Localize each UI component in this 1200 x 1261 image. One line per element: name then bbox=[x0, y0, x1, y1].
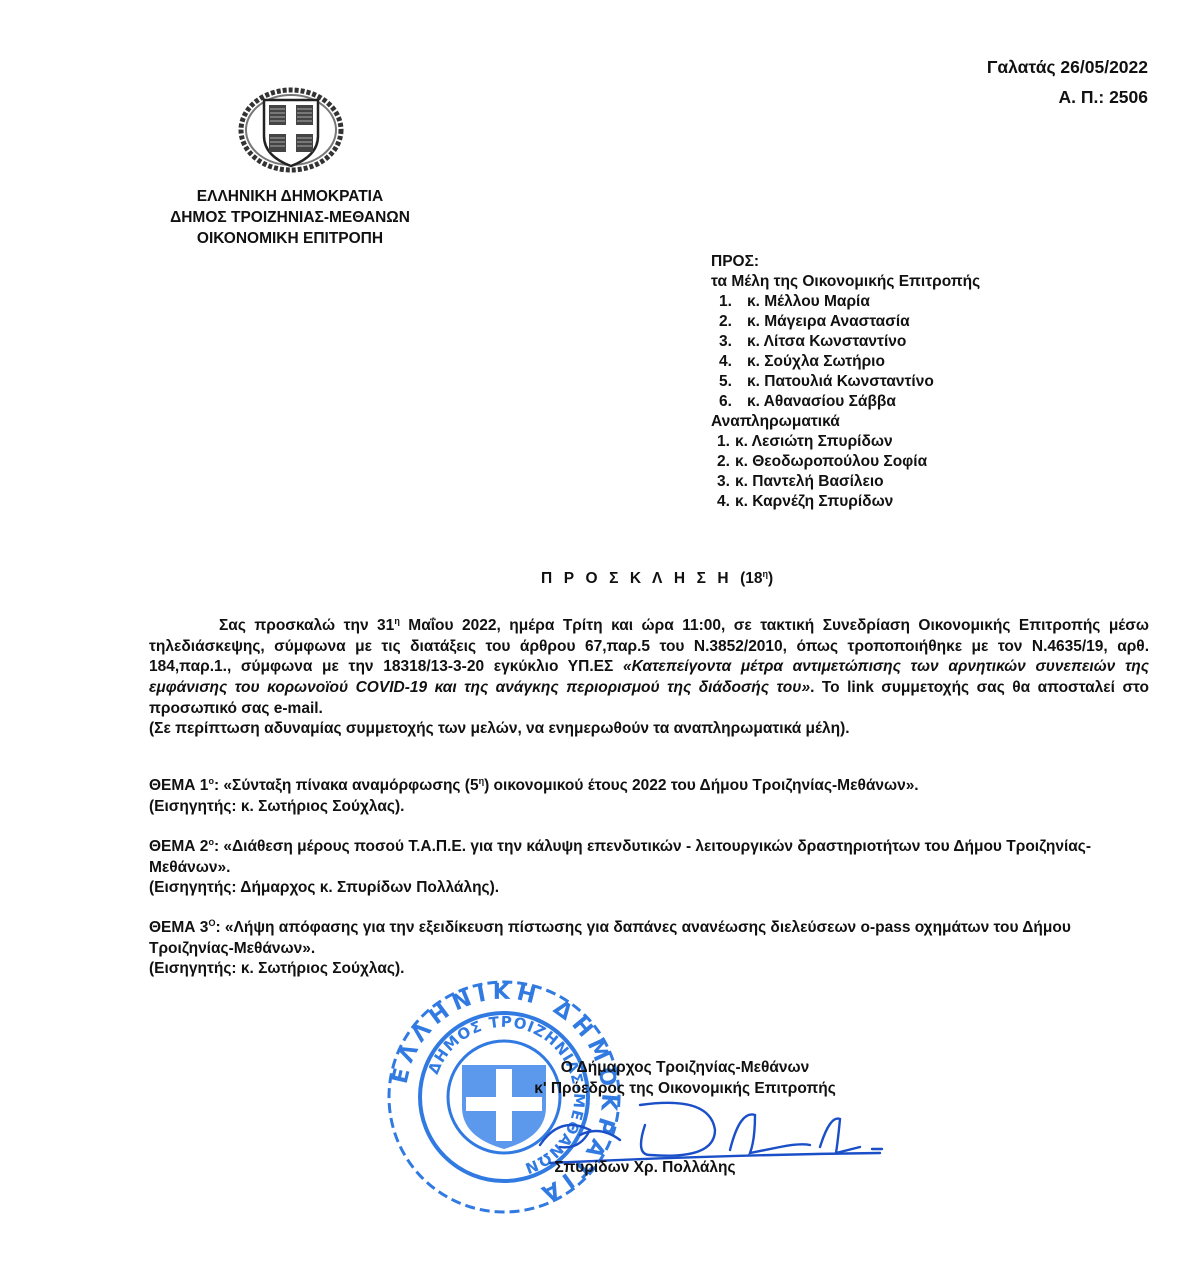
recipient-item: 2.κ. Μάγειρα Αναστασία bbox=[711, 312, 980, 332]
place-date: Γαλατάς 26/05/2022 bbox=[987, 52, 1148, 82]
date-protocol-block: Γαλατάς 26/05/2022 Α. Π.: 2506 bbox=[987, 52, 1148, 112]
recipient-number: 4. bbox=[711, 352, 747, 372]
invitation-body: Σας προσκαλώ την 31η Μαΐου 2022, ημέρα Τ… bbox=[149, 611, 1149, 740]
recipient-name: κ. Θεοδωροπούλου Σοφία bbox=[735, 452, 927, 472]
members-label: τα Μέλη της Οικονομικής Επιτροπής bbox=[711, 272, 980, 292]
recipient-name: κ. Παντελή Βασίλειο bbox=[735, 472, 884, 492]
recipient-number: 2. bbox=[711, 452, 735, 472]
invitation-ordinal: (18η) bbox=[740, 570, 773, 587]
recipient-number: 3. bbox=[711, 332, 747, 352]
agenda-topic-3: ΘΕΜΑ 3Ο: «Λήψη απόφασης για την εξειδίκε… bbox=[149, 913, 1149, 980]
recipient-item: 1.κ. Λεσιώτη Σπυρίδων bbox=[711, 432, 980, 452]
recipient-item: 1.κ. Μέλλου Μαρία bbox=[711, 292, 980, 312]
invitation-title: Π Ρ Ο Σ Κ Λ Η Σ Η (18η) bbox=[541, 569, 773, 588]
recipient-item: 5.κ. Πατουλιά Κωνσταντίνο bbox=[711, 372, 980, 392]
issuer-line-municipality: ΔΗΜΟΣ ΤΡΟΙΖΗΝΙΑΣ-ΜΕΘΑΝΩΝ bbox=[150, 207, 430, 228]
recipient-number: 4. bbox=[711, 492, 735, 512]
issuer-line-republic: ΕΛΛΗΝΙΚΗ ΔΗΜΟΚΡΑΤΙΑ bbox=[150, 186, 430, 207]
alternates-note: (Σε περίπτωση αδυναμίας συμμετοχής των μ… bbox=[149, 719, 1149, 740]
signatory-name: Σπυρίδων Χρ. Πολλάλης bbox=[470, 1159, 820, 1177]
agenda-topic-1: ΘΕΜΑ 1ο: «Σύνταξη πίνακα αναμόρφωσης (5η… bbox=[149, 771, 1149, 817]
topic-2-rapporteur: (Εισηγητής: Δήμαρχος κ. Σπυρίδων Πολλάλη… bbox=[149, 878, 1149, 899]
members-list: 1.κ. Μέλλου Μαρία2.κ. Μάγειρα Αναστασία3… bbox=[711, 292, 980, 412]
recipients-to-label: ΠΡΟΣ: bbox=[711, 252, 980, 272]
recipient-number: 1. bbox=[711, 292, 747, 312]
recipient-name: κ. Καρνέζη Σπυρίδων bbox=[735, 492, 893, 512]
recipient-number: 6. bbox=[711, 392, 747, 412]
topic-3-rapporteur: (Εισηγητής: κ. Σωτήριος Σούχλας). bbox=[149, 959, 1149, 980]
recipient-name: κ. Λεσιώτη Σπυρίδων bbox=[735, 432, 893, 452]
recipient-name: κ. Αθανασίου Σάββα bbox=[747, 392, 896, 412]
recipient-name: κ. Σούχλα Σωτήριο bbox=[747, 352, 885, 372]
issuer-line-committee: ΟΙΚΟΝΟΜΙΚΗ ΕΠΙΤΡΟΠΗ bbox=[150, 228, 430, 249]
recipient-number: 5. bbox=[711, 372, 747, 392]
invitation-paragraph: Σας προσκαλώ την 31η Μαΐου 2022, ημέρα Τ… bbox=[149, 611, 1149, 719]
recipient-item: 6.κ. Αθανασίου Σάββα bbox=[711, 392, 980, 412]
recipient-item: 3.κ. Παντελή Βασίλειο bbox=[711, 472, 980, 492]
topic-1-rapporteur: (Εισηγητής: κ. Σωτήριος Σούχλας). bbox=[149, 797, 1149, 818]
recipient-number: 1. bbox=[711, 432, 735, 452]
recipient-name: κ. Λίτσα Κωνσταντίνο bbox=[747, 332, 906, 352]
alternates-list: 1.κ. Λεσιώτη Σπυρίδων2.κ. Θεοδωροπούλου … bbox=[711, 432, 980, 512]
recipient-name: κ. Μάγειρα Αναστασία bbox=[747, 312, 910, 332]
recipient-name: κ. Μέλλου Μαρία bbox=[747, 292, 870, 312]
recipient-number: 2. bbox=[711, 312, 747, 332]
invitation-title-text: Π Ρ Ο Σ Κ Λ Η Σ Η bbox=[541, 570, 732, 587]
alternates-label: Αναπληρωματικά bbox=[711, 412, 980, 432]
recipient-number: 3. bbox=[711, 472, 735, 492]
recipient-item: 4.κ. Σούχλα Σωτήριο bbox=[711, 352, 980, 372]
recipients-block: ΠΡΟΣ: τα Μέλη της Οικονομικής Επιτροπής … bbox=[711, 252, 980, 512]
recipient-item: 2.κ. Θεοδωροπούλου Σοφία bbox=[711, 452, 980, 472]
recipient-item: 4.κ. Καρνέζη Σπυρίδων bbox=[711, 492, 980, 512]
issuer-header: ΕΛΛΗΝΙΚΗ ΔΗΜΟΚΡΑΤΙΑ ΔΗΜΟΣ ΤΡΟΙΖΗΝΙΑΣ-ΜΕΘ… bbox=[150, 186, 430, 249]
signatory-line-1: Ο Δήμαρχος Τροιζηνίας-Μεθάνων bbox=[470, 1057, 900, 1078]
greek-coat-of-arms-icon bbox=[236, 86, 346, 174]
protocol-number: Α. Π.: 2506 bbox=[987, 82, 1148, 112]
recipient-name: κ. Πατουλιά Κωνσταντίνο bbox=[747, 372, 934, 392]
recipient-item: 3.κ. Λίτσα Κωνσταντίνο bbox=[711, 332, 980, 352]
agenda-topic-2: ΘΕΜΑ 2ο: «Διάθεση μέρους ποσού Τ.Α.Π.Ε. … bbox=[149, 832, 1149, 899]
